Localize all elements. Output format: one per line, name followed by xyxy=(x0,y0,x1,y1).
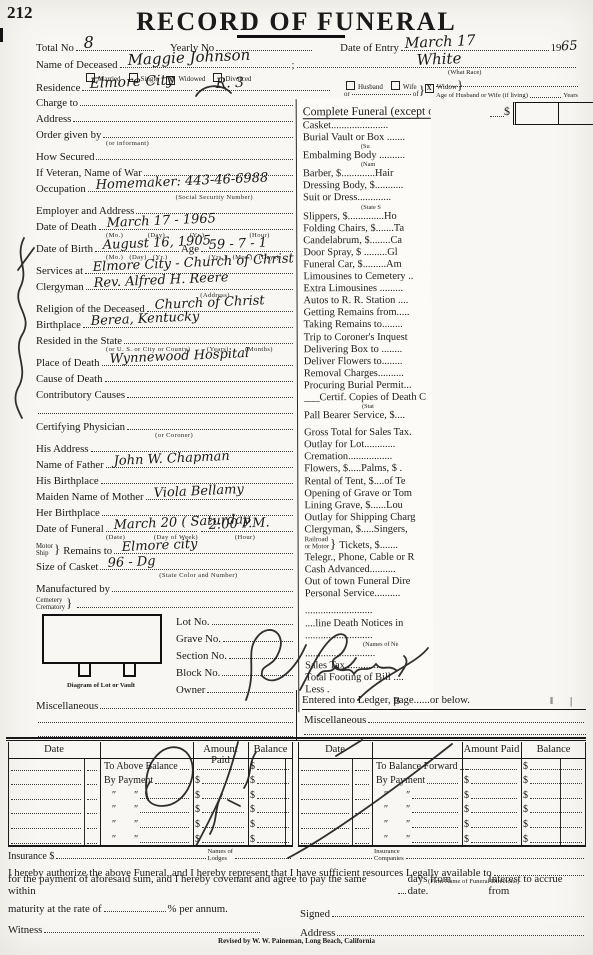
dollar-sign: $ xyxy=(464,834,469,845)
margin-scrawl xyxy=(15,238,25,418)
fee-item: Removal Charges.......... xyxy=(304,367,432,380)
fee-item: ....line Death Notices in xyxy=(305,617,433,630)
dots-leader xyxy=(412,842,458,843)
fee-item: ........................... xyxy=(305,647,433,660)
fee-item: Folding Chairs, $.......Ta xyxy=(303,222,431,235)
description-cell: ″″ xyxy=(376,790,460,801)
auth-line3: maturity at the rate of % per annum. xyxy=(8,900,288,915)
field-row xyxy=(36,401,295,417)
fee-item-text: ........................... xyxy=(305,648,375,659)
fee-item: Door Spray, $ .........Gl xyxy=(303,247,431,260)
stacked-label: Motor Ship xyxy=(36,543,53,557)
dots-leader xyxy=(471,842,517,843)
field-row: Size of Casket96 - Dg xyxy=(36,557,295,573)
dotted-cell xyxy=(355,828,369,829)
lot-field-row: Grave No. xyxy=(176,628,295,645)
margin-scrawl-cross xyxy=(18,248,34,270)
fee-item-text: Rental of Tent, $....of Te xyxy=(304,475,405,486)
dots-leader: R. 3 xyxy=(196,90,330,91)
or-label: or xyxy=(344,90,350,98)
fee-item: Deliver Flowers to........ xyxy=(304,355,432,368)
table-row: ″″$$ xyxy=(298,802,586,817)
misc-right-line: Miscellaneous xyxy=(304,712,586,726)
dollar-sign: $ xyxy=(250,834,255,845)
field-label: Address xyxy=(36,113,71,125)
residence-value1: Elmore City xyxy=(90,72,175,92)
fee-item: Procuring Burial Permit... xyxy=(304,380,432,393)
table-header-row: DateAmount PaidBalance xyxy=(298,742,586,759)
ditto-mark: ″ xyxy=(134,790,138,801)
field-row: How Secured xyxy=(36,147,295,163)
fee-item-text: Dressing Body, $........... xyxy=(303,180,403,191)
table-header-row: DateAmount PaidBalance xyxy=(8,742,293,759)
description-cell: ″″ xyxy=(376,804,460,815)
dots-leader xyxy=(223,641,293,642)
dollar-sign: $ xyxy=(195,790,200,801)
table-row: By Payment$$ xyxy=(8,773,293,788)
balance-cell: $ xyxy=(523,790,584,801)
lot-field-label: Section No. xyxy=(176,650,227,662)
dots-leader xyxy=(96,159,293,160)
lot-field-label: Block No. xyxy=(176,667,220,679)
dots-leader xyxy=(235,858,291,859)
amount-cell: $ xyxy=(464,790,519,801)
field-label: Date of Death xyxy=(36,221,97,233)
dots-leader xyxy=(140,798,189,799)
dots-leader xyxy=(257,827,289,828)
payment-table-right: DateAmount PaidBalanceTo Balance Forward… xyxy=(298,742,586,846)
auth-line2: for the payment of aforesaid sum, and I … xyxy=(8,882,586,897)
fee-item-text: Gross Total for Sales Tax. xyxy=(304,427,412,438)
dots-leader xyxy=(332,916,584,917)
dots-leader xyxy=(337,935,584,936)
dots-leader xyxy=(257,769,289,770)
dotted-cell xyxy=(87,770,97,771)
amount-cell xyxy=(195,769,246,772)
field-label: Birthplace xyxy=(36,319,81,331)
miscellaneous-label: Miscellaneous xyxy=(304,714,366,726)
description-cell: ″″ xyxy=(376,834,460,845)
ditto-mark: ″ xyxy=(134,834,138,845)
dots-leader xyxy=(412,812,458,813)
dots-leader: March 20 ( Saturday xyxy=(106,531,197,532)
amount-cell: $ xyxy=(195,775,246,786)
field-row: Maiden Name of MotherViola Bellamy xyxy=(36,487,295,503)
balance-cell: $ xyxy=(250,790,291,801)
field-label: Date of Funeral xyxy=(36,523,104,535)
dotted-cell xyxy=(301,828,349,829)
fee-item: Outlay for Shipping Charg xyxy=(304,512,432,525)
description-cell: ″″ xyxy=(104,834,191,845)
amount-cell xyxy=(464,769,519,772)
dots-leader xyxy=(212,624,293,625)
dots-leader: Elmore City xyxy=(82,90,192,91)
field-label: Manufactured by xyxy=(36,583,110,595)
dots-leader xyxy=(38,413,293,414)
dollar-sign: $ xyxy=(250,790,255,801)
dots-leader xyxy=(202,783,244,784)
dollar-sign: $ xyxy=(464,804,469,815)
fee-item-text: Total Footing of Bill .... xyxy=(305,672,404,683)
amount-cell: $ xyxy=(195,790,246,801)
dots-leader xyxy=(368,722,584,723)
fee-item-text: Procuring Burial Permit... xyxy=(304,380,412,391)
age-caption: Age of Husband or Wife (if living) xyxy=(436,92,528,99)
ditto-mark: ″ xyxy=(134,804,138,815)
field-row: Motor Ship}Remains toElmore city xyxy=(36,541,295,557)
total-no-label: Total No xyxy=(36,42,74,54)
dots-leader: Wynnewood Hospital xyxy=(102,365,293,366)
dots-leader xyxy=(180,769,189,770)
fee-item-text: Slippers, $..............Ho xyxy=(303,210,397,221)
dollar-sign: $ xyxy=(195,775,200,786)
dotted-cell xyxy=(301,799,349,800)
field-label: Contributory Causes xyxy=(36,389,125,401)
dotted-cell xyxy=(301,843,349,844)
dots-leader: Berea, Kentucky xyxy=(83,327,293,328)
balance-cell: $ xyxy=(523,819,584,830)
handwritten-value: 59 - 7 - 1 xyxy=(208,235,267,253)
dollar-sign: $ xyxy=(523,819,528,830)
fee-item-text: Sales Tax ............... xyxy=(305,660,386,671)
fee-item-text: Getting Remains from..... xyxy=(304,307,410,318)
dotted-cell xyxy=(87,784,97,785)
dots-leader xyxy=(197,769,244,770)
dots-leader xyxy=(100,708,293,709)
field-label: Maiden Name of Mother xyxy=(36,491,144,503)
insurance-line: Insurance $ Names of Lodges xyxy=(8,848,293,862)
diagram-leg xyxy=(78,662,91,677)
dots-leader xyxy=(202,798,244,799)
dots-leader xyxy=(44,932,260,933)
fee-item: Cremation................. xyxy=(304,451,432,464)
amount-cell: $ xyxy=(195,834,246,845)
dollar-sign: $ xyxy=(250,804,255,815)
field-row: Place of DeathWynnewood Hospital xyxy=(36,353,295,369)
table-row: ″″$$ xyxy=(298,787,586,802)
dots-leader: John W. Chapman xyxy=(106,467,293,468)
brace: } xyxy=(419,82,425,98)
dots-leader xyxy=(202,812,244,813)
handwritten-value: 2:00 P.M. xyxy=(208,515,270,533)
field-row: Date of DeathMarch 17 - 1965 xyxy=(36,217,295,233)
fee-item: Funeral Car, $.........Am xyxy=(303,259,431,272)
dollar-sign: $ xyxy=(250,819,255,830)
dots-leader xyxy=(530,798,582,799)
dots-leader xyxy=(140,827,189,828)
field-row: ClergymanRev. Alfred H. Reere xyxy=(36,277,295,293)
fee-item-text: Telegr., Phone, Cable or R xyxy=(305,552,415,563)
row-label: By Payment xyxy=(104,775,153,786)
ditto-mark: ″ xyxy=(112,804,116,815)
dots-leader xyxy=(140,812,189,813)
signed-label: Signed xyxy=(300,908,330,920)
dots-leader xyxy=(38,722,293,723)
total-no-value: 8 xyxy=(83,33,94,52)
complete-funeral-dollar: $ xyxy=(504,104,510,119)
dots-leader xyxy=(471,812,517,813)
dots-leader xyxy=(124,343,293,344)
ditto-mark: ″ xyxy=(384,790,388,801)
dotted-cell xyxy=(87,828,97,829)
field-label: His Birthplace xyxy=(36,475,99,487)
dots-leader xyxy=(140,842,189,843)
fee-item-text: Removal Charges.......... xyxy=(304,368,404,379)
diagram-block: Diagram of Lot or VaultLot No.Grave No.S… xyxy=(36,611,295,697)
dollar-sign: $ xyxy=(523,775,528,786)
fee-item-text: Barber, $.............Hair xyxy=(303,168,394,179)
year-value: 65 xyxy=(561,39,578,55)
ditto-mark: ″ xyxy=(406,790,410,801)
residence-value2: R. 3 xyxy=(216,75,245,92)
fee-item: Autos to R. R. Station .... xyxy=(304,295,432,308)
dotted-cell xyxy=(11,784,81,785)
dollar-sign: $ xyxy=(523,804,528,815)
dollar-sign: $ xyxy=(464,775,469,786)
fee-item-text: Out of town Funeral Dire xyxy=(305,576,411,587)
dotted-cell xyxy=(87,813,97,814)
fee-item-text: Tickets, $....... xyxy=(339,540,398,551)
balance-cell: $ xyxy=(250,804,291,815)
fee-item: Gross Total for Sales Tax. xyxy=(304,427,432,440)
revised-line: Revised by W. W. Paineman, Long Beach, C… xyxy=(0,937,593,945)
dots-leader xyxy=(257,783,289,784)
dotted-cell xyxy=(301,813,349,814)
field-label: His Address xyxy=(36,443,89,455)
fee-item-text: Candelabrum, $........Ca xyxy=(303,235,402,246)
brace: } xyxy=(330,536,336,551)
fee-item-text: Burial Vault or Box ....... xyxy=(303,132,405,143)
lot-field-row: Block No. xyxy=(176,662,295,679)
fee-item: Out of town Funeral Dire xyxy=(305,576,433,589)
fee-item: .......................... xyxy=(305,605,433,618)
balance-cell: $ xyxy=(523,804,584,815)
handwritten-value: Elmore city xyxy=(121,537,197,555)
table-bottom-rule xyxy=(298,845,586,847)
semicolon: ; xyxy=(292,59,295,71)
witness-label: Witness xyxy=(8,924,42,936)
field-row: Charge to xyxy=(36,93,295,109)
column-header: Balance xyxy=(521,744,586,755)
residence-line: Residence Elmore City R. 3 xyxy=(36,78,332,94)
field-row: Address xyxy=(36,109,295,125)
age-dotted-line xyxy=(436,76,578,87)
dots-leader xyxy=(202,827,244,828)
dots-leader xyxy=(257,812,289,813)
dotted-cell xyxy=(355,770,369,771)
dollar-sign: $ xyxy=(195,819,200,830)
fee-item-text: Personal Service.......... xyxy=(305,588,401,599)
field-label: Remains to xyxy=(63,545,112,557)
brace: } xyxy=(54,541,60,557)
section-divider xyxy=(296,690,297,740)
age-caption-line: Age of Husband or Wife (if living) Years xyxy=(436,92,578,99)
dotted-line xyxy=(304,728,586,735)
fee-item: Sales Tax ............... xyxy=(305,660,433,673)
signed-line: Signed xyxy=(300,905,586,920)
table-row: To Above Balance$ xyxy=(8,758,293,773)
balance-cell: $ xyxy=(523,761,584,772)
amount-cell: $ xyxy=(464,819,519,830)
dotted-cell xyxy=(87,799,97,800)
funeral-record-document: 212 RECORD OF FUNERAL Total No 8 Yearly … xyxy=(0,0,593,955)
fee-item-text: Cash Advanced.......... xyxy=(305,564,396,575)
field-caption: (or informant) xyxy=(106,140,295,147)
description-cell: ″″ xyxy=(376,819,460,830)
fee-item: Cash Advanced.......... xyxy=(305,564,433,577)
years-label: Years xyxy=(563,92,578,99)
auth-line2a-text: for the payment of aforesaid sum, and I … xyxy=(8,873,396,897)
balance-cell: $ xyxy=(250,834,291,845)
dotted-cell xyxy=(11,828,81,829)
fee-item-text: .......................... xyxy=(305,630,373,641)
entered-ledger-text: Entered into Ledger, page......or below. xyxy=(302,694,470,706)
dots-leader xyxy=(103,137,293,138)
dots-leader xyxy=(466,769,517,770)
column-header: Balance xyxy=(248,744,293,755)
dots-leader xyxy=(398,893,406,894)
table-bottom-rule xyxy=(8,845,293,847)
fee-item: Opening of Grave or Tom xyxy=(304,487,432,500)
dots-leader xyxy=(427,783,458,784)
fee-item-text: Lining Grave, $......Lou xyxy=(304,500,402,511)
fee-item-text: Embalming Body .......... xyxy=(303,150,405,161)
amount-box xyxy=(513,102,593,125)
diagram-caption: Diagram of Lot or Vault xyxy=(36,682,166,689)
table-row: ″″$$ xyxy=(8,831,293,846)
lot-field-label: Owner xyxy=(176,684,205,696)
table-row: ″″$$ xyxy=(8,816,293,831)
fee-item: Lining Grave, $......Lou xyxy=(304,499,432,512)
dots-leader xyxy=(471,798,517,799)
fee-item: Getting Remains from..... xyxy=(304,307,432,320)
tick-mark: | xyxy=(570,695,572,707)
ditto-mark: ″ xyxy=(134,819,138,830)
field-caption: (or Coroner) xyxy=(106,432,295,439)
dots-leader xyxy=(73,121,293,122)
dots-leader: 96 - Dg xyxy=(100,569,293,570)
fee-item: Personal Service.......... xyxy=(305,588,433,601)
dots-leader xyxy=(530,783,582,784)
dotted-cell xyxy=(355,813,369,814)
field-label: Her Birthplace xyxy=(36,507,100,519)
dots-leader xyxy=(56,858,205,859)
dots-leader xyxy=(471,783,517,784)
fee-item-text: Pall Bearer Service, $.... xyxy=(304,410,405,421)
field-caption: (Social Security Number) xyxy=(106,194,295,201)
dots-leader xyxy=(530,769,582,770)
fee-item: Limousines to Cemetery .. xyxy=(303,271,431,284)
description-cell: ″″ xyxy=(104,804,191,815)
fee-item: Casket...................... xyxy=(303,120,431,133)
dollar-sign: $ xyxy=(523,790,528,801)
fee-item-text: Outlay for Shipping Charg xyxy=(304,512,415,523)
diagram-leg xyxy=(123,662,136,677)
fee-item-text: Flowers, $.....Palms, $ . xyxy=(304,463,402,474)
table-row: By Payment$$ xyxy=(298,773,586,788)
table-row: ″″$$ xyxy=(298,831,586,846)
field-label: Charge to xyxy=(36,97,78,109)
description-cell: To Balance Forward xyxy=(376,761,460,772)
amount-box-divider xyxy=(558,103,559,124)
handwritten-value: 96 - Dg xyxy=(108,554,157,571)
balance-cell: $ xyxy=(523,775,584,786)
dollar-sign: $ xyxy=(464,819,469,830)
dots-leader: August 16, 1905 xyxy=(95,251,179,252)
dots-leader: Viola Bellamy xyxy=(146,499,293,500)
field-label: Date of Birth xyxy=(36,243,93,255)
dollar-sign: $ xyxy=(250,775,255,786)
dotted-cell xyxy=(355,784,369,785)
fee-item-text: Folding Chairs, $.......Ta xyxy=(303,222,404,233)
dots-leader xyxy=(202,842,244,843)
table-row: ″″$$ xyxy=(298,816,586,831)
fee-item: Dressing Body, $........... xyxy=(303,180,431,193)
dotted-cell xyxy=(11,770,81,771)
dotted-line xyxy=(36,712,295,726)
fee-list-strip: Complete Funeral (except outlays)Casket.… xyxy=(296,99,434,713)
dots-leader xyxy=(229,658,293,659)
stacked-label: Railroad or Motor xyxy=(305,536,329,550)
dots-leader xyxy=(530,842,582,843)
entered-ledger-line: Entered into Ledger, page......or below.… xyxy=(302,694,586,710)
fee-item: Trip to Coroner's Inquest xyxy=(304,331,432,344)
dots-leader xyxy=(222,675,293,676)
miscellaneous-label: Miscellaneous xyxy=(36,700,98,712)
field-label: Clergyman xyxy=(36,281,84,293)
lodges-label: Names of Lodges xyxy=(208,848,233,862)
fee-item-text: Opening of Grave or Tom xyxy=(304,487,412,498)
dots-leader xyxy=(412,798,458,799)
dots-leader xyxy=(155,783,189,784)
ditto-mark: ″ xyxy=(384,834,388,845)
description-cell: By Payment xyxy=(376,775,460,786)
dots-leader xyxy=(530,827,582,828)
fee-item-text: ....line Death Notices in xyxy=(305,617,403,628)
field-row: Name of FatherJohn W. Chapman xyxy=(36,455,295,471)
ditto-mark: ″ xyxy=(384,804,388,815)
fee-item-text: Taking Remains to........ xyxy=(304,319,403,330)
dollar-sign: $ xyxy=(523,834,528,845)
lot-field-row: Owner xyxy=(176,679,295,696)
fee-item-text: Complete Funeral (except outlays) xyxy=(303,104,434,120)
dots-leader xyxy=(77,607,293,608)
balance-cell: $ xyxy=(250,819,291,830)
amount-cell: $ xyxy=(464,775,519,786)
dots-leader xyxy=(257,798,289,799)
fee-item: Rental of Tent, $....of Te xyxy=(304,475,432,488)
dotted-cell xyxy=(11,843,81,844)
fee-item: Slippers, $..............Ho xyxy=(303,210,431,223)
fee-item-text: Deliver Flowers to........ xyxy=(304,356,403,367)
fee-item: Telegr., Phone, Cable or R xyxy=(305,552,433,565)
fee-item: Extra Limousines ......... xyxy=(303,283,431,296)
field-label: Cause of Death xyxy=(36,373,103,385)
auth-line3b-text: % per annum. xyxy=(168,903,228,915)
fee-item: Outlay for Lot............ xyxy=(304,439,432,452)
dots-leader xyxy=(352,94,411,95)
fee-item: Railroad or Motor}Tickets, $....... xyxy=(305,536,433,553)
field-row: OccupationHomemaker: 443-46-6988 xyxy=(36,179,295,195)
field-label: Services at xyxy=(36,265,83,277)
companies-line: Insurance Companies xyxy=(298,848,586,862)
amount-cell: $ xyxy=(464,834,519,845)
year-prefix: 19 xyxy=(551,42,562,54)
description-cell: To Above Balance xyxy=(104,761,191,772)
ditto-mark: ″ xyxy=(384,819,388,830)
table-row: To Balance Forward$ xyxy=(298,758,586,773)
field-row: Contributory Causes xyxy=(36,385,295,401)
